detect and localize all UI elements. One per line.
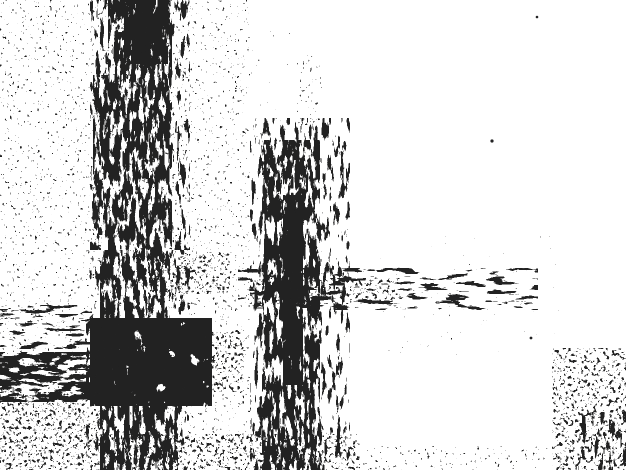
texture-speck-dot [530,337,533,340]
texture-region-scratch-band-core [248,278,400,304]
grunge-texture-image [0,0,626,470]
texture-region-bottom-mid-dots [350,446,560,470]
texture-region-right-mid-dust [380,235,560,355]
texture-region-corner-br-dense [578,412,626,470]
texture-speck-dot [490,139,493,142]
texture-region-mid-gap-dust [180,30,290,250]
texture-region-top-left-corner-dust [0,0,80,150]
texture-svg [0,0,626,470]
texture-region-band-c-lead-in [296,55,322,125]
texture-speck-dot [536,16,539,19]
